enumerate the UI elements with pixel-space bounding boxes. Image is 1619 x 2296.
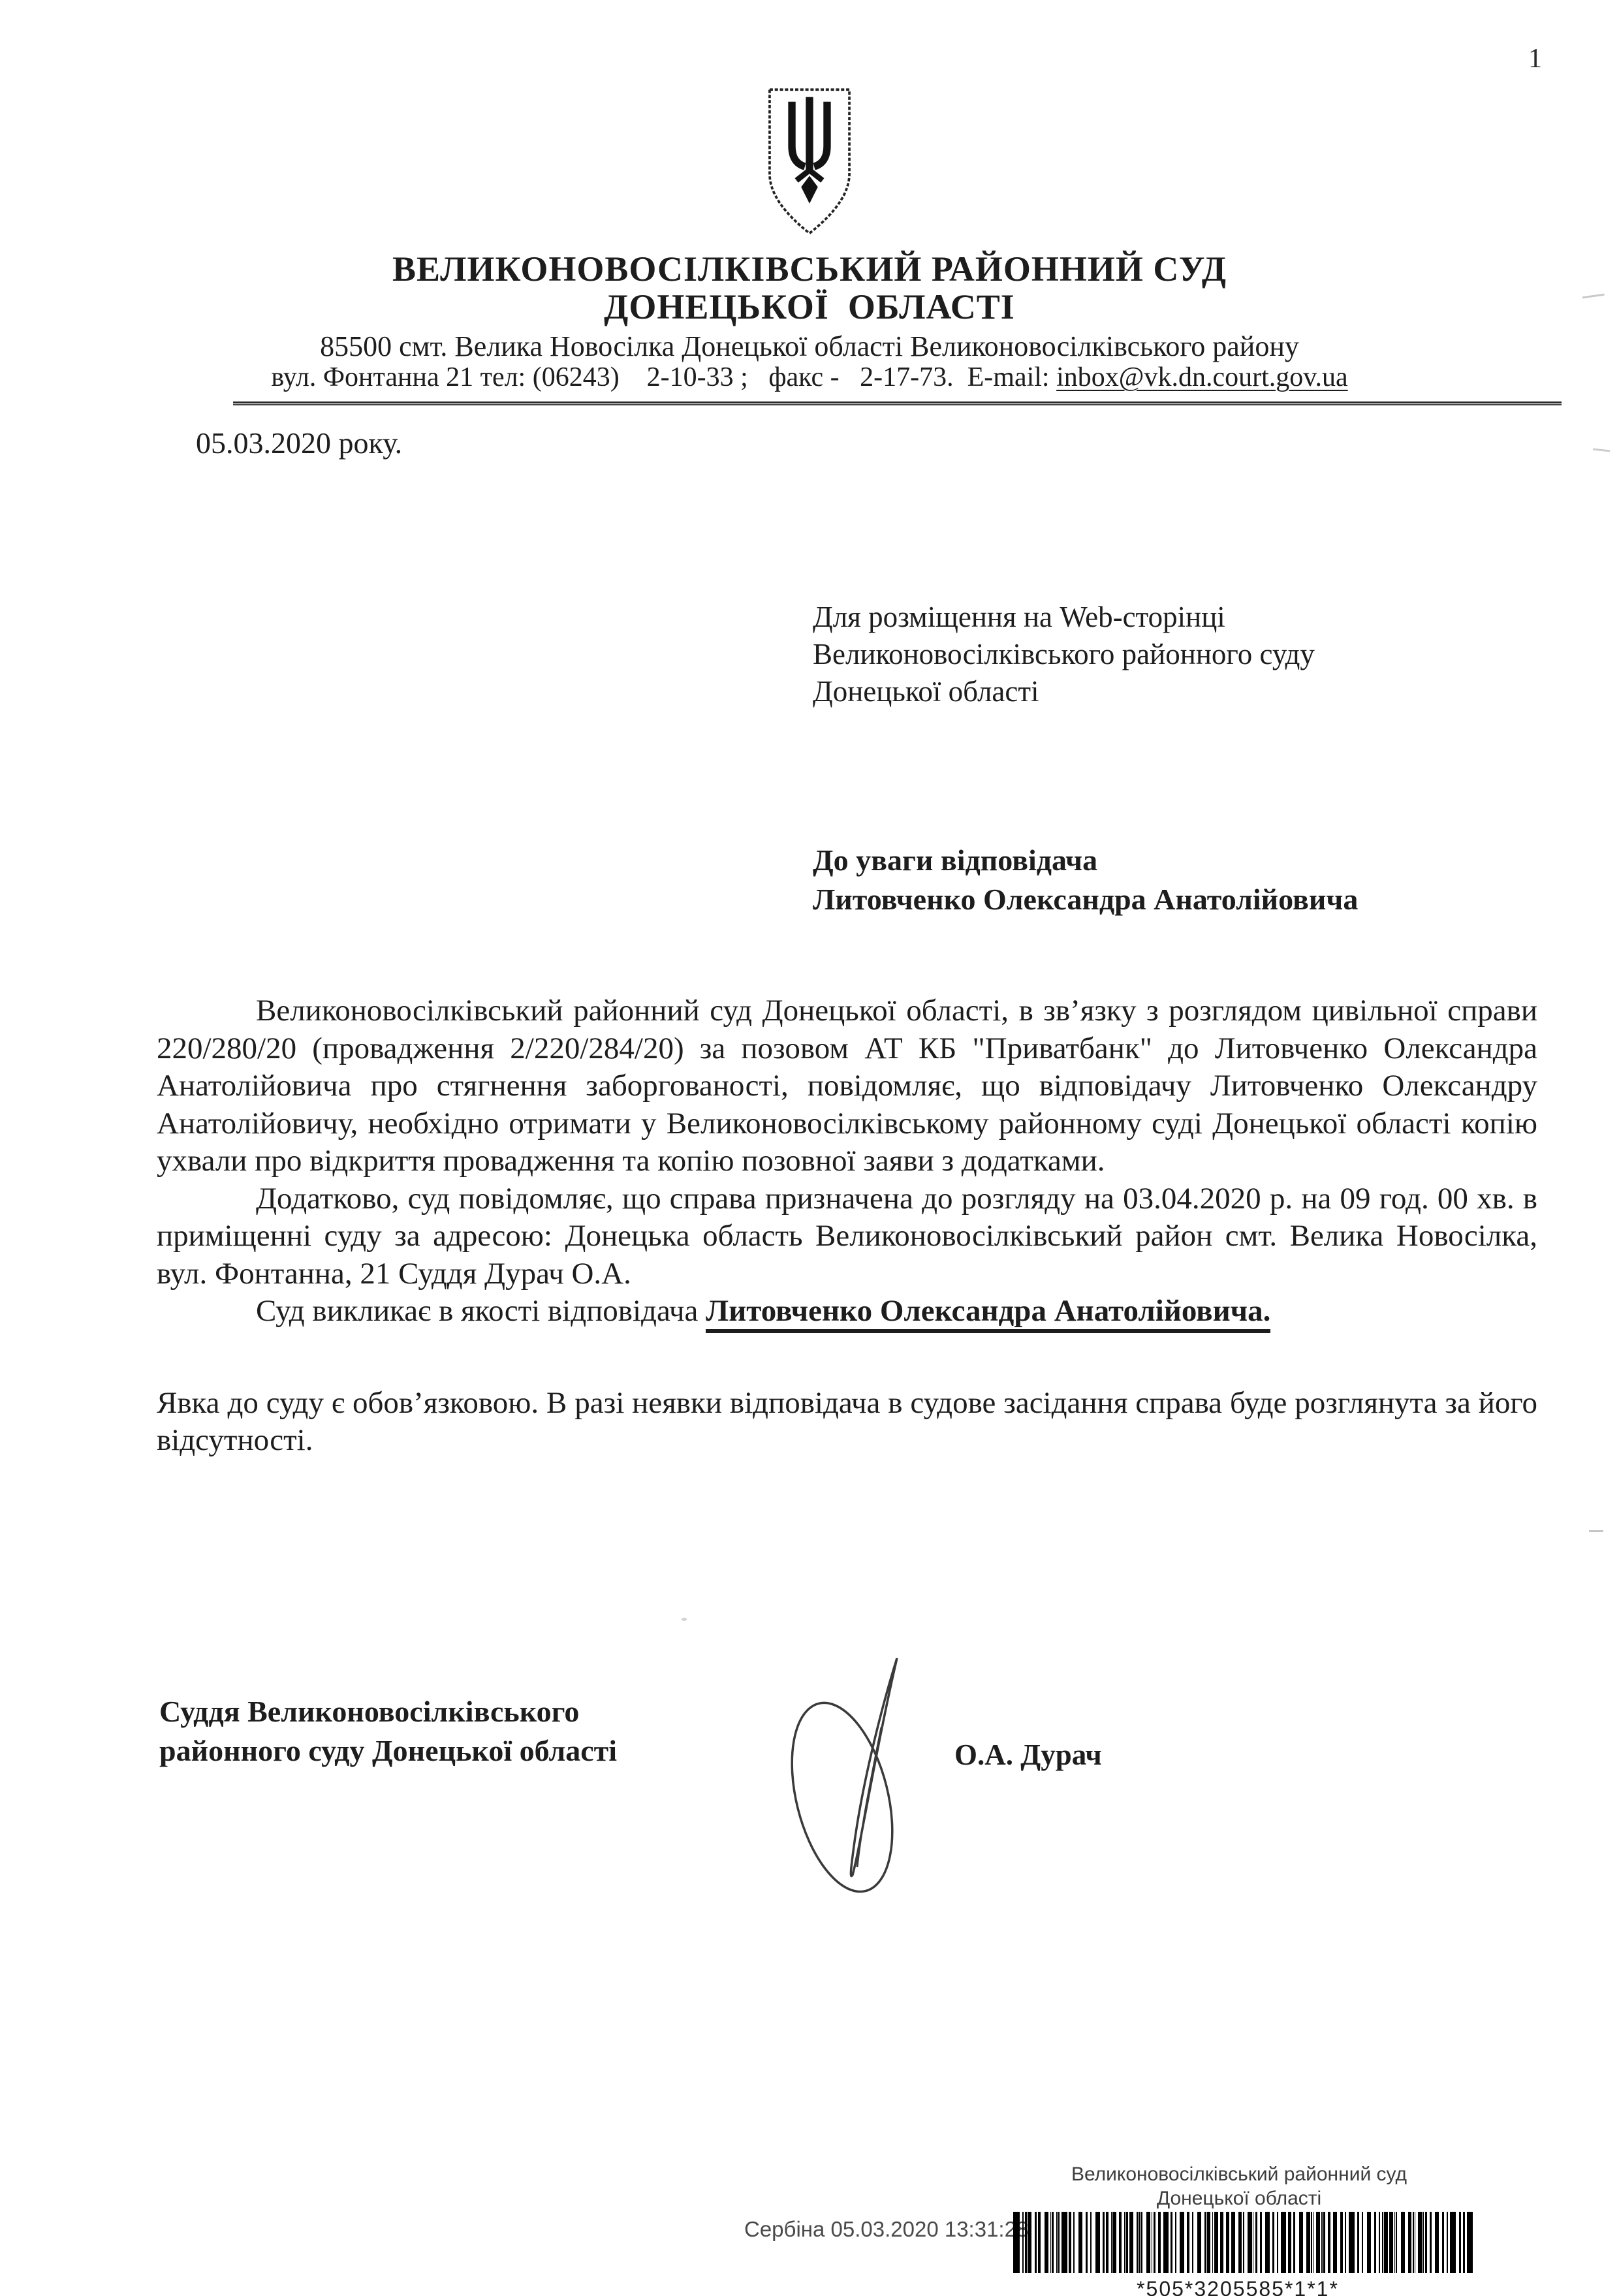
barcode-text: *505*3205585*1*1* xyxy=(1013,2277,1462,2296)
court-name-line1: ВЕЛИКОНОВОСІЛКІВСЬКИЙ РАЙОННИЙ СУД xyxy=(0,250,1619,288)
court-address-line1: 85500 смт. Велика Новосілка Донецької об… xyxy=(0,331,1619,362)
court-name-line2: ДОНЕЦЬКОЇ ОБЛАСТІ xyxy=(0,288,1619,326)
scan-artifact xyxy=(682,1618,687,1621)
judge-title-line2: районного суду Донецької області xyxy=(159,1731,617,1770)
handwritten-signature xyxy=(782,1650,935,1911)
operator-stamp: Сербіна 05.03.2020 13:31:28 xyxy=(744,2217,1005,2242)
letter-body: Великоновосілківський районний суд Донец… xyxy=(157,992,1537,1460)
judge-name: О.А. Дурач xyxy=(954,1738,1102,1772)
letterhead: ВЕЛИКОНОВОСІЛКІВСЬКИЙ РАЙОННИЙ СУД ДОНЕЦ… xyxy=(0,0,1619,392)
page-number: 1 xyxy=(1528,43,1542,74)
footer-court-name: Великоновосілківський районний суд Донец… xyxy=(1011,2162,1468,2210)
letterhead-divider-rule xyxy=(233,401,1562,406)
web-note-line1: Для розміщення на Web-сторінці xyxy=(813,599,1619,636)
scan-artifact xyxy=(1589,1530,1603,1535)
scanned-court-letter-page: 1 ВЕЛИКОНОВОСІЛКІВСЬКИЙ РАЙОННИЙ СУД ДОН… xyxy=(0,0,1619,2296)
body-paragraph-2: Додатково, суд повідомляє, що справа при… xyxy=(157,1180,1537,1293)
summon-prefix: Суд викликає в якості відповідача xyxy=(256,1294,706,1328)
signature-block: Суддя Великоновосілківського районного с… xyxy=(157,1654,1537,1928)
attention-block: До уваги відповідача Литовченко Олександ… xyxy=(813,841,1619,919)
web-note-line2: Великоновосілківського районного суду xyxy=(813,636,1619,673)
ukraine-trident-icon xyxy=(763,87,856,237)
body-paragraph-summon: Суд викликає в якості відповідача Литовч… xyxy=(157,1293,1537,1330)
court-email: inbox@vk.dn.court.gov.ua xyxy=(1056,362,1348,392)
summon-defendant-name: Литовченко Олександра Анатолійовича. xyxy=(706,1294,1270,1333)
web-note-line3: Донецької області xyxy=(813,673,1619,710)
document-date: 05.03.2020 року. xyxy=(196,426,1619,460)
barcode xyxy=(1013,2212,1473,2273)
court-address-contacts: вул. Фонтанна 21 тел: (06243) 2-10-33 ; … xyxy=(271,362,1056,392)
judge-title-line1: Суддя Великоновосілківського xyxy=(159,1692,617,1731)
web-placement-note: Для розміщення на Web-сторінці Великонов… xyxy=(813,599,1619,710)
footer-court-line1: Великоновосілківський районний суд xyxy=(1011,2162,1468,2186)
body-paragraph-1: Великоновосілківський районний суд Донец… xyxy=(157,992,1537,1180)
attention-name: Литовченко Олександра Анатолійовича xyxy=(813,880,1619,919)
footer-court-line2: Донецької області xyxy=(1011,2186,1468,2210)
body-paragraph-4: Явка до суду є обов’язковою. В разі неяв… xyxy=(157,1385,1537,1460)
attention-label: До уваги відповідача xyxy=(813,841,1619,880)
judge-title: Суддя Великоновосілківського районного с… xyxy=(159,1692,617,1770)
court-address-line2: вул. Фонтанна 21 тел: (06243) 2-10-33 ; … xyxy=(0,362,1619,392)
